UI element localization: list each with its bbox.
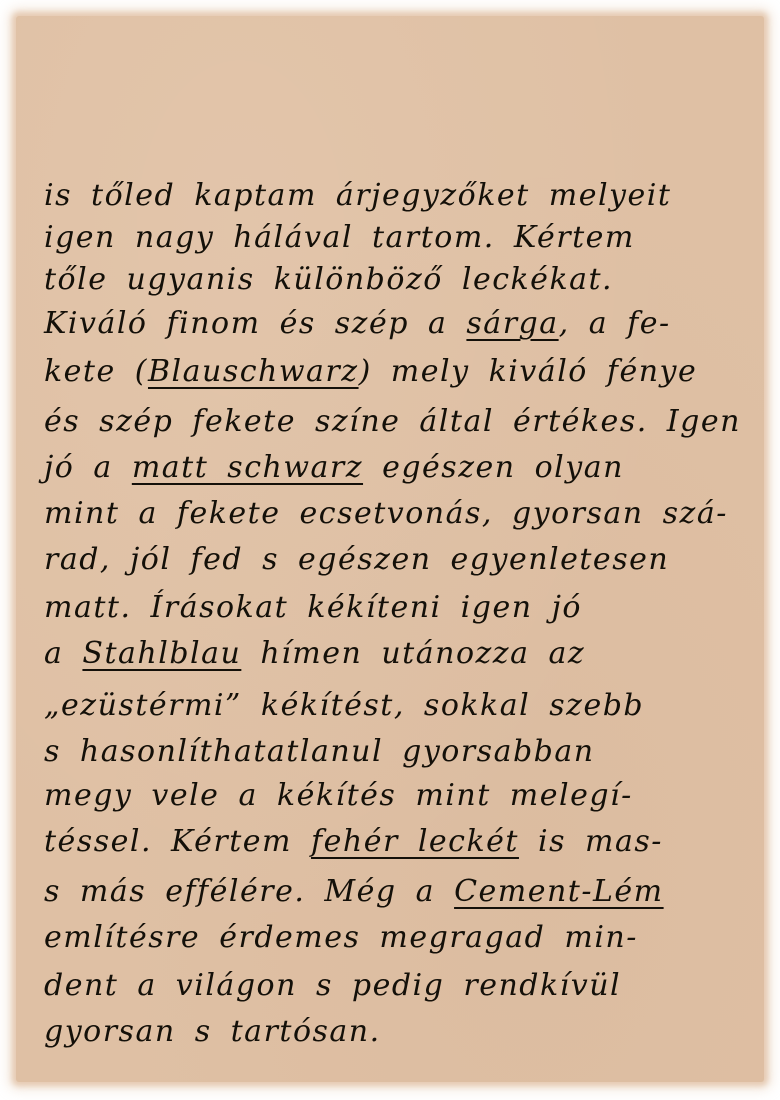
letter-line-1: is tőled kaptam árjegyzőket melyeit (44, 176, 671, 216)
underlined-word-matt-schwarz: matt schwarz (132, 450, 363, 485)
letter-line-2: igen nagy hálával tartom. Kértem (44, 218, 635, 258)
letter-line-14: megy vele a kékítés mint melegí- (44, 776, 633, 816)
letter-line-8: mint a fekete ecsetvonás, gyorsan szá- (44, 494, 728, 534)
letter-line-4: Kiváló finom és szép a sárga, a fe- (44, 304, 671, 344)
letter-line-16: s más effélére. Még a Cement-Lém (44, 872, 664, 912)
letter-line-5: kete (Blauschwarz) mely kiváló fénye (44, 352, 697, 392)
letter-line-13: s hasonlíthatatlanul gyorsabban (44, 732, 595, 772)
letter-line-11: a Stahlblau hímen utánozza az (44, 634, 585, 674)
letter-line-12: „ezüstérmi” kékítést, sokkal szebb (44, 686, 644, 726)
letter-line-19: gyorsan s tartósan. (44, 1012, 381, 1052)
letter-line-10: matt. Írásokat kékíteni igen jó (44, 588, 582, 628)
letter-line-6: és szép fekete színe által értékes. Igen (44, 402, 741, 442)
letter-line-7: jó a matt schwarz egészen olyan (44, 448, 624, 488)
letter-line-3: tőle ugyanis különböző leckékat. (44, 260, 613, 300)
underlined-word-sarga: sárga (466, 306, 558, 341)
underlined-word-blauschwarz: Blauschwarz (148, 354, 359, 389)
letter-line-15: téssel. Kértem fehér leckét is mas- (44, 822, 663, 862)
letter-line-17: említésre érdemes megragad min- (44, 918, 638, 958)
letter-page: is tőled kaptam árjegyzőket melyeit igen… (16, 16, 764, 1082)
letter-line-9: rad, jól fed s egészen egyenletesen (44, 540, 669, 580)
underlined-word-stahlblau: Stahlblau (82, 636, 241, 671)
letter-line-18: dent a világon s pedig rendkívül (44, 966, 621, 1006)
underlined-word-feher-leckat: fehér leckét (311, 824, 519, 859)
underlined-word-cement-lem: Cement-Lém (454, 874, 664, 909)
